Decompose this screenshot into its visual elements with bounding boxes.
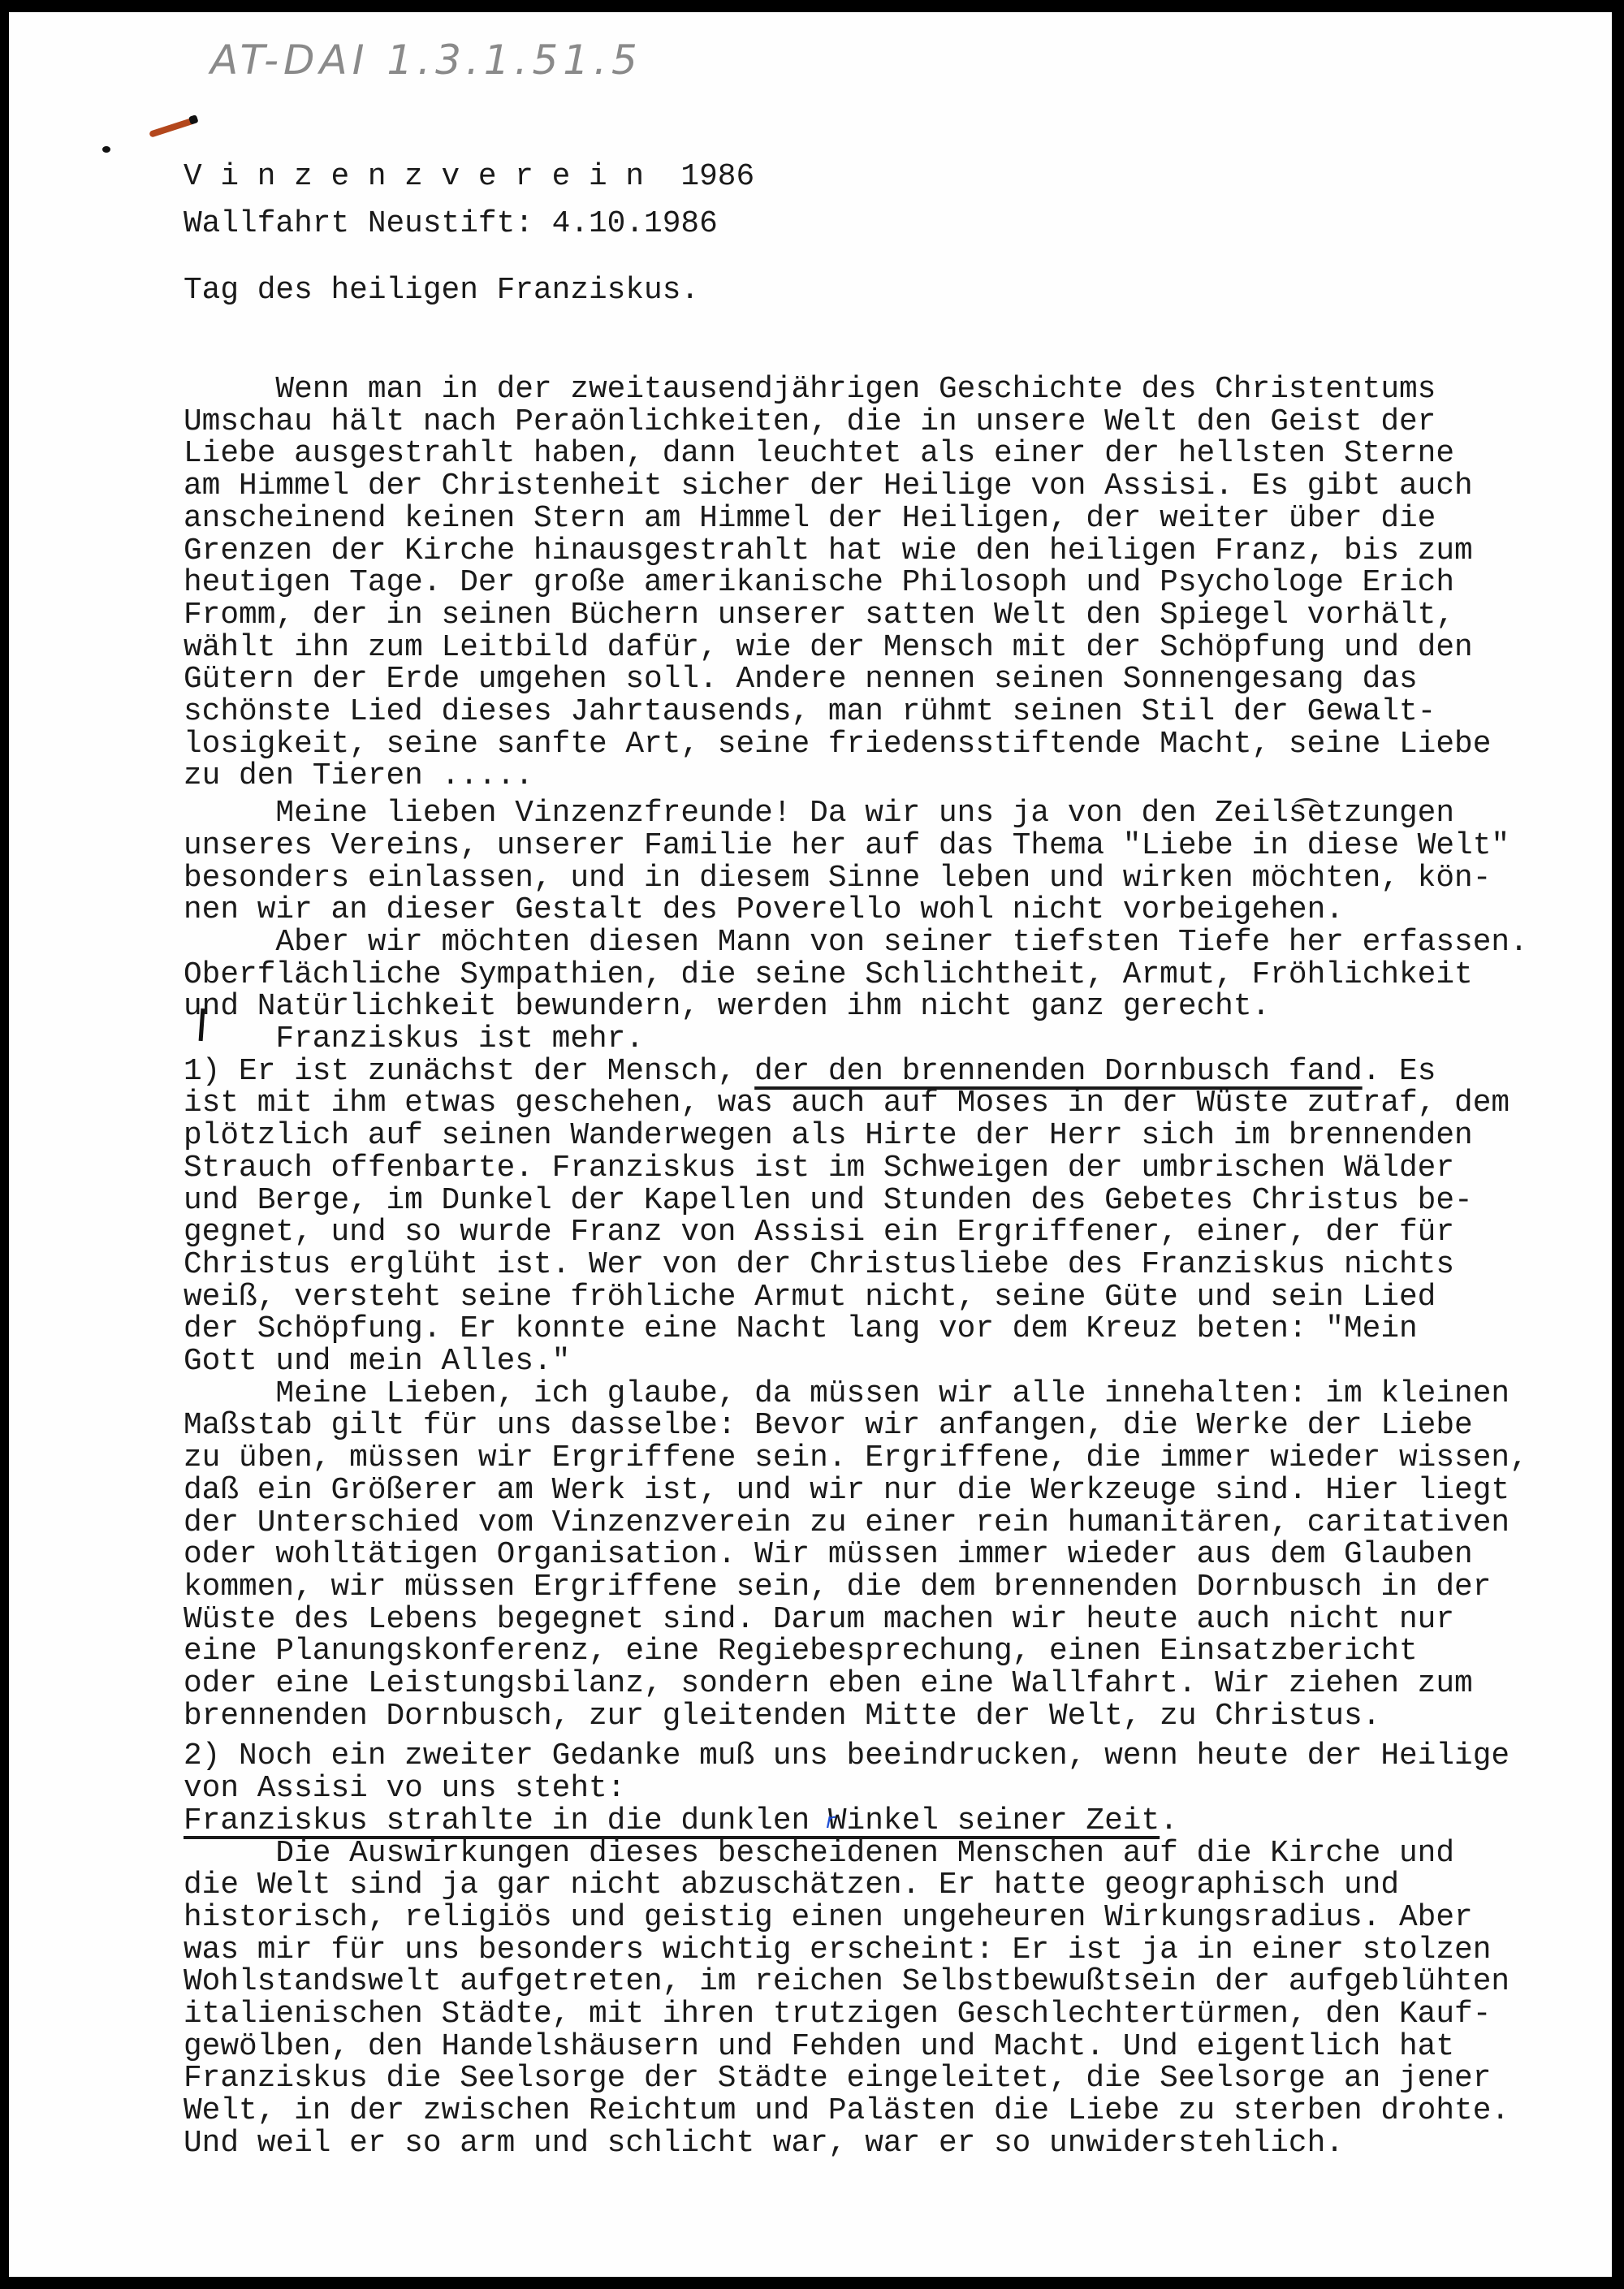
header-event: Wallfahrt Neustift: 4.10.1986 — [184, 209, 718, 240]
text-line: Christus erglüht ist. Wer von der Christ… — [184, 1250, 1454, 1281]
text-line: gewölben, den Handelshäusern und Fehden … — [184, 2032, 1454, 2063]
text-run: daß ein Größerer am Werk ist, und wir nu… — [184, 1474, 1510, 1508]
text-run: besonders einlassen, und in diesem Sinne… — [184, 862, 1491, 896]
text-run: . — [1160, 1804, 1178, 1838]
handwritten-correction-mark — [1294, 798, 1319, 812]
text-line: Maßstab gilt für uns dasselbe: Bevor wir… — [184, 1411, 1473, 1442]
text-run: zu den Tieren ..... — [184, 759, 533, 793]
text-run: Meine Lieben, ich glaube, da müssen wir … — [184, 1377, 1510, 1411]
text-line: schönste Lied dieses Jahrtausends, man r… — [184, 697, 1436, 728]
text-run: Franziskus ist mehr. — [184, 1022, 644, 1056]
text-line: wählt ihn zum Leitbild dafür, wie der Me… — [184, 633, 1473, 664]
text-line: plötzlich auf seinen Wanderwegen als Hir… — [184, 1121, 1473, 1152]
red-pencil-mark — [149, 117, 196, 138]
text-run: Wenn man in der zweitausendjährigen Gesc… — [184, 373, 1436, 407]
text-run: Liebe ausgestrahlt haben, dann leuchtet … — [184, 437, 1454, 471]
text-run: unseres Vereins, unserer Familie her auf… — [184, 829, 1510, 863]
text-run: brennenden Dornbusch, zur gleitenden Mit… — [184, 1699, 1380, 1734]
text-line: Gott und mein Alles." — [184, 1347, 570, 1378]
text-line: die Welt sind ja gar nicht abzuschätzen.… — [184, 1871, 1399, 1902]
text-run: Fromm, der in seinen Büchern unserer sat… — [184, 598, 1454, 633]
text-run: kommen, wir müssen Ergriffene sein, die … — [184, 1570, 1491, 1604]
section-2-line: 2) Noch ein zweiter Gedanke muß uns beei… — [184, 1742, 1510, 1773]
text-run: Wohlstandswelt aufgetreten, im reichen S… — [184, 1965, 1510, 1999]
text-run: nen wir an dieser Gestalt des Poverello … — [184, 893, 1344, 927]
text-run: Aber wir möchten diesen Mann von seiner … — [184, 926, 1528, 960]
text-line: losigkeit, seine sanfte Art, seine fried… — [184, 730, 1491, 761]
text-line: heutigen Tage. Der große amerikanische P… — [184, 568, 1454, 599]
text-line: italienischen Städte, mit ihren trutzige… — [184, 2000, 1491, 2031]
text-run: eine Planungskonferenz, eine Regiebespre… — [184, 1635, 1418, 1669]
section-2-heading: Franziskus strahlte in die dunklen Winke… — [184, 1807, 1178, 1838]
text-line: Und weil er so arm und schlicht war, war… — [184, 2129, 1344, 2160]
text-run: Welt, in der zwischen Reichtum und Paläs… — [184, 2094, 1510, 2128]
text-run: am Himmel der Christenheit sicher der He… — [184, 469, 1473, 503]
text-line: anscheinend keinen Stern am Himmel der H… — [184, 504, 1436, 535]
text-run: gegnet, und so wurde Franz von Assisi ei… — [184, 1216, 1454, 1250]
text-run: . Es — [1363, 1055, 1436, 1089]
text-line: der Schöpfung. Er konnte eine Nacht lang… — [184, 1315, 1418, 1345]
text-run: und Berge, im Dunkel der Kapellen und St… — [184, 1184, 1473, 1218]
text-line: oder eine Leistungsbilanz, sondern eben … — [184, 1669, 1473, 1700]
text-run: Franziskus die Seelsorge der Städte eing… — [184, 2062, 1491, 2096]
text-line: Oberflächliche Sympathien, die seine Sch… — [184, 961, 1473, 991]
underlined-phrase: der den brennenden Dornbusch fand — [754, 1055, 1363, 1089]
text-line: daß ein Größerer am Werk ist, und wir nu… — [184, 1476, 1510, 1507]
text-run: anscheinend keinen Stern am Himmel der H… — [184, 502, 1436, 536]
blue-handwritten-correction: r — [826, 1809, 835, 1833]
text-run: italienischen Städte, mit ihren trutzige… — [184, 1997, 1491, 2032]
text-line: Die Auswirkungen dieses bescheidenen Men… — [184, 1839, 1454, 1870]
text-line: Strauch offenbarte. Franziskus ist im Sc… — [184, 1154, 1454, 1185]
text-line: eine Planungskonferenz, eine Regiebespre… — [184, 1637, 1418, 1668]
text-line: Fromm, der in seinen Büchern unserer sat… — [184, 601, 1454, 632]
text-run: losigkeit, seine sanfte Art, seine fried… — [184, 728, 1491, 762]
text-run: Umschau hält nach Peraönlichkeiten, die … — [184, 405, 1436, 439]
underlined-phrase: Franziskus strahlte in die dunklen Winke… — [184, 1804, 1160, 1838]
section-2-line: von Assisi vo uns steht: — [184, 1774, 625, 1805]
archive-reference: AT-DAI 1.3.1.51.5 — [210, 37, 642, 84]
text-run: und Natürlichkeit bewundern, werden ihm … — [184, 990, 1270, 1024]
typewritten-text: V i n z e n z v e r e i n 1986 Wallfahrt… — [0, 0, 37, 215]
text-run: weiß, versteht seine fröhliche Armut nic… — [184, 1281, 1436, 1315]
text-run: die Welt sind ja gar nicht abzuschätzen.… — [184, 1868, 1399, 1902]
header-org: V i n z e n z v e r e i n 1986 — [184, 162, 754, 193]
text-line: der Unterschied vom Vinzenzverein zu ein… — [184, 1509, 1510, 1540]
text-run: Maßstab gilt für uns dasselbe: Bevor wir… — [184, 1409, 1473, 1443]
text-run: oder wohltätigen Organisation. Wir müsse… — [184, 1538, 1473, 1572]
text-line: brennenden Dornbusch, zur gleitenden Mit… — [184, 1702, 1380, 1733]
text-run: Meine lieben Vinzenzfreunde! Da wir uns … — [184, 797, 1454, 831]
text-line: Wenn man in der zweitausendjährigen Gesc… — [184, 375, 1436, 406]
text-line: unseres Vereins, unserer Familie her auf… — [184, 831, 1510, 862]
text-run: Gott und mein Alles." — [184, 1345, 570, 1379]
text-run: der Schöpfung. Er konnte eine Nacht lang… — [184, 1312, 1418, 1346]
text-line: Grenzen der Kirche hinausgestrahlt hat w… — [184, 537, 1473, 568]
text-line: Liebe ausgestrahlt haben, dann leuchtet … — [184, 439, 1454, 470]
text-run: plötzlich auf seinen Wanderwegen als Hir… — [184, 1119, 1473, 1153]
text-run: Strauch offenbarte. Franziskus ist im Sc… — [184, 1151, 1454, 1186]
text-line: Meine lieben Vinzenzfreunde! Da wir uns … — [184, 799, 1454, 830]
text-run: heutigen Tage. Der große amerikanische P… — [184, 566, 1454, 600]
text-line: und Natürlichkeit bewundern, werden ihm … — [184, 992, 1270, 1023]
text-line: nen wir an dieser Gestalt des Poverello … — [184, 896, 1344, 926]
text-line: Wüste des Lebens begegnet sind. Darum ma… — [184, 1605, 1454, 1636]
text-run: Und weil er so arm und schlicht war, war… — [184, 2127, 1344, 2161]
text-line: Meine Lieben, ich glaube, da müssen wir … — [184, 1380, 1510, 1410]
text-run: zu üben, müssen wir Ergriffene sein. Erg… — [184, 1441, 1528, 1475]
text-line: zu den Tieren ..... — [184, 762, 533, 793]
text-run: schönste Lied dieses Jahrtausends, man r… — [184, 695, 1436, 729]
text-run: von Assisi vo uns steht: — [184, 1772, 625, 1806]
text-line: Franziskus die Seelsorge der Städte eing… — [184, 2064, 1491, 2095]
text-line: was mir für uns besonders wichtig ersche… — [184, 1936, 1491, 1967]
text-run: ist mit ihm etwas geschehen, was auch au… — [184, 1086, 1510, 1121]
ink-dot-mark — [102, 146, 110, 153]
text-line: Gütern der Erde umgehen soll. Andere nen… — [184, 665, 1418, 696]
text-run: historisch, religiös und geistig einen u… — [184, 1901, 1473, 1935]
text-line: weiß, versteht seine fröhliche Armut nic… — [184, 1283, 1436, 1314]
text-line: Wohlstandswelt aufgetreten, im reichen S… — [184, 1967, 1510, 1998]
text-run: Grenzen der Kirche hinausgestrahlt hat w… — [184, 534, 1473, 568]
text-line: kommen, wir müssen Ergriffene sein, die … — [184, 1573, 1491, 1604]
text-run: Oberflächliche Sympathien, die seine Sch… — [184, 958, 1473, 992]
text-run: gewölben, den Handelshäusern und Fehden … — [184, 2030, 1454, 2064]
text-line: Aber wir möchten diesen Mann von seiner … — [184, 928, 1528, 959]
document-subtitle: Tag des heiligen Franziskus. — [184, 276, 699, 307]
text-line: gegnet, und so wurde Franz von Assisi ei… — [184, 1218, 1454, 1249]
text-run: 2) Noch ein zweiter Gedanke muß uns beei… — [184, 1739, 1510, 1773]
text-line: am Himmel der Christenheit sicher der He… — [184, 472, 1473, 503]
text-line: Franziskus ist mehr. — [184, 1025, 644, 1056]
text-run: oder eine Leistungsbilanz, sondern eben … — [184, 1667, 1473, 1701]
text-line: ist mit ihm etwas geschehen, was auch au… — [184, 1089, 1510, 1120]
text-run: der Unterschied vom Vinzenzverein zu ein… — [184, 1506, 1510, 1540]
text-line: und Berge, im Dunkel der Kapellen und St… — [184, 1186, 1473, 1217]
text-line: historisch, religiös und geistig einen u… — [184, 1903, 1473, 1934]
text-line: Welt, in der zwischen Reichtum und Paläs… — [184, 2097, 1510, 2127]
text-run: wählt ihn zum Leitbild dafür, wie der Me… — [184, 631, 1473, 665]
text-run: Gütern der Erde umgehen soll. Andere nen… — [184, 663, 1418, 697]
text-run: was mir für uns besonders wichtig ersche… — [184, 1933, 1491, 1967]
text-line: zu üben, müssen wir Ergriffene sein. Erg… — [184, 1444, 1528, 1475]
text-run: Christus erglüht ist. Wer von der Christ… — [184, 1248, 1454, 1282]
text-run: 1) Er ist zunächst der Mensch, — [184, 1055, 754, 1089]
text-line: Umschau hält nach Peraönlichkeiten, die … — [184, 408, 1436, 438]
text-line: oder wohltätigen Organisation. Wir müsse… — [184, 1540, 1473, 1571]
text-run: Wüste des Lebens begegnet sind. Darum ma… — [184, 1603, 1454, 1637]
point-1-line: 1) Er ist zunächst der Mensch, der den b… — [184, 1057, 1436, 1088]
text-run: Die Auswirkungen dieses bescheidenen Men… — [184, 1837, 1454, 1871]
text-line: besonders einlassen, und in diesem Sinne… — [184, 864, 1491, 895]
